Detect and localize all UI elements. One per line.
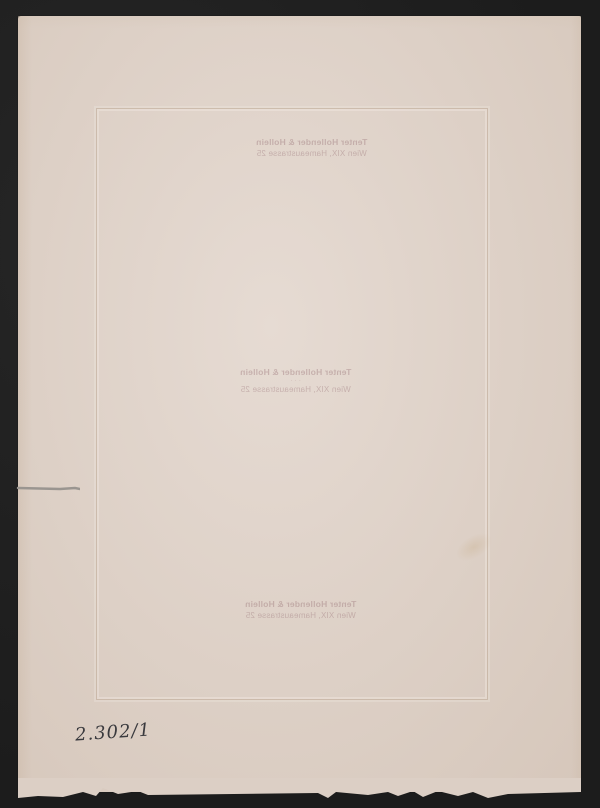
stamp-address: Wien XIX, Hameaustrasse 25 bbox=[240, 384, 351, 396]
stamp-name: Tenter Hollender & Hollein bbox=[256, 136, 367, 148]
bleed-through-stamp-middle: Tenter Hollender & Hollein · · · Wien XI… bbox=[240, 366, 351, 396]
stamp-name: Tenter Hollender & Hollein bbox=[245, 598, 356, 610]
edge-tear-mark bbox=[0, 485, 80, 493]
stamp-address: Wien XIX, Hameaustrasse 25 bbox=[256, 148, 367, 160]
stamp-name: Tenter Hollender & Hollein bbox=[240, 366, 351, 378]
stamp-address: Wien XIX, Hameaustrasse 25 bbox=[245, 610, 356, 622]
paper-sheet bbox=[18, 16, 581, 792]
bleed-through-stamp-top: Tenter Hollender & Hollein Wien XIX, Ham… bbox=[256, 136, 367, 160]
bleed-through-stamp-bottom: Tenter Hollender & Hollein Wien XIX, Ham… bbox=[245, 598, 356, 622]
torn-bottom-edge bbox=[18, 778, 581, 808]
